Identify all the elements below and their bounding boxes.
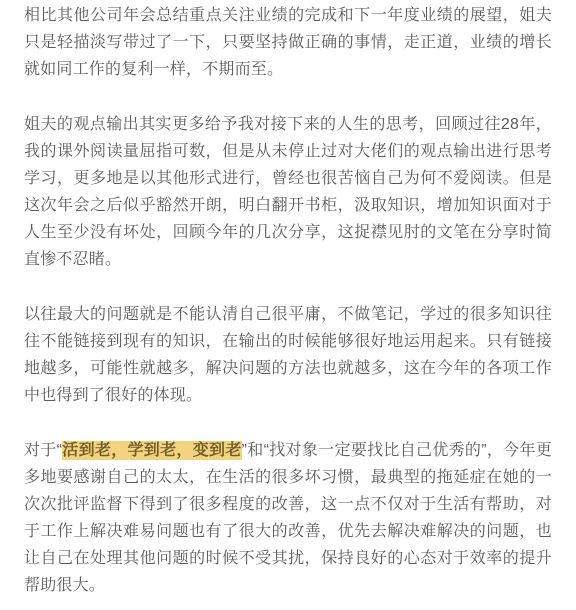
highlighted-phrase: 活到老，学到老，变到老 [62,441,242,460]
article-body: 相比其他公司年会总结重点关注业绩的完成和下一年度业绩的展望，姐夫只是轻描淡写带过… [0,0,576,609]
paragraph-4-lead-text: 对于“ [24,442,62,459]
paragraph-4-trailing-text: ”和“找对象一定要找比自己优秀的”，今年更多地要感谢自己的太太，在生活的很多坏习… [24,442,552,594]
paragraph-4: 对于“活到老，学到老，变到老”和“找对象一定要找比自己优秀的”，今年更多地要感谢… [24,437,552,599]
paragraph-2: 姐夫的观点输出其实更多给予我对接下来的人生的思考，回顾过往28年，我的课外阅读量… [24,111,552,273]
paragraph-3: 以往最大的问题就是不能认清自己很平庸，不做笔记，学过的很多知识往往不能链接到现有… [24,301,552,409]
paragraph-1: 相比其他公司年会总结重点关注业绩的完成和下一年度业绩的展望，姐夫只是轻描淡写带过… [24,2,552,83]
